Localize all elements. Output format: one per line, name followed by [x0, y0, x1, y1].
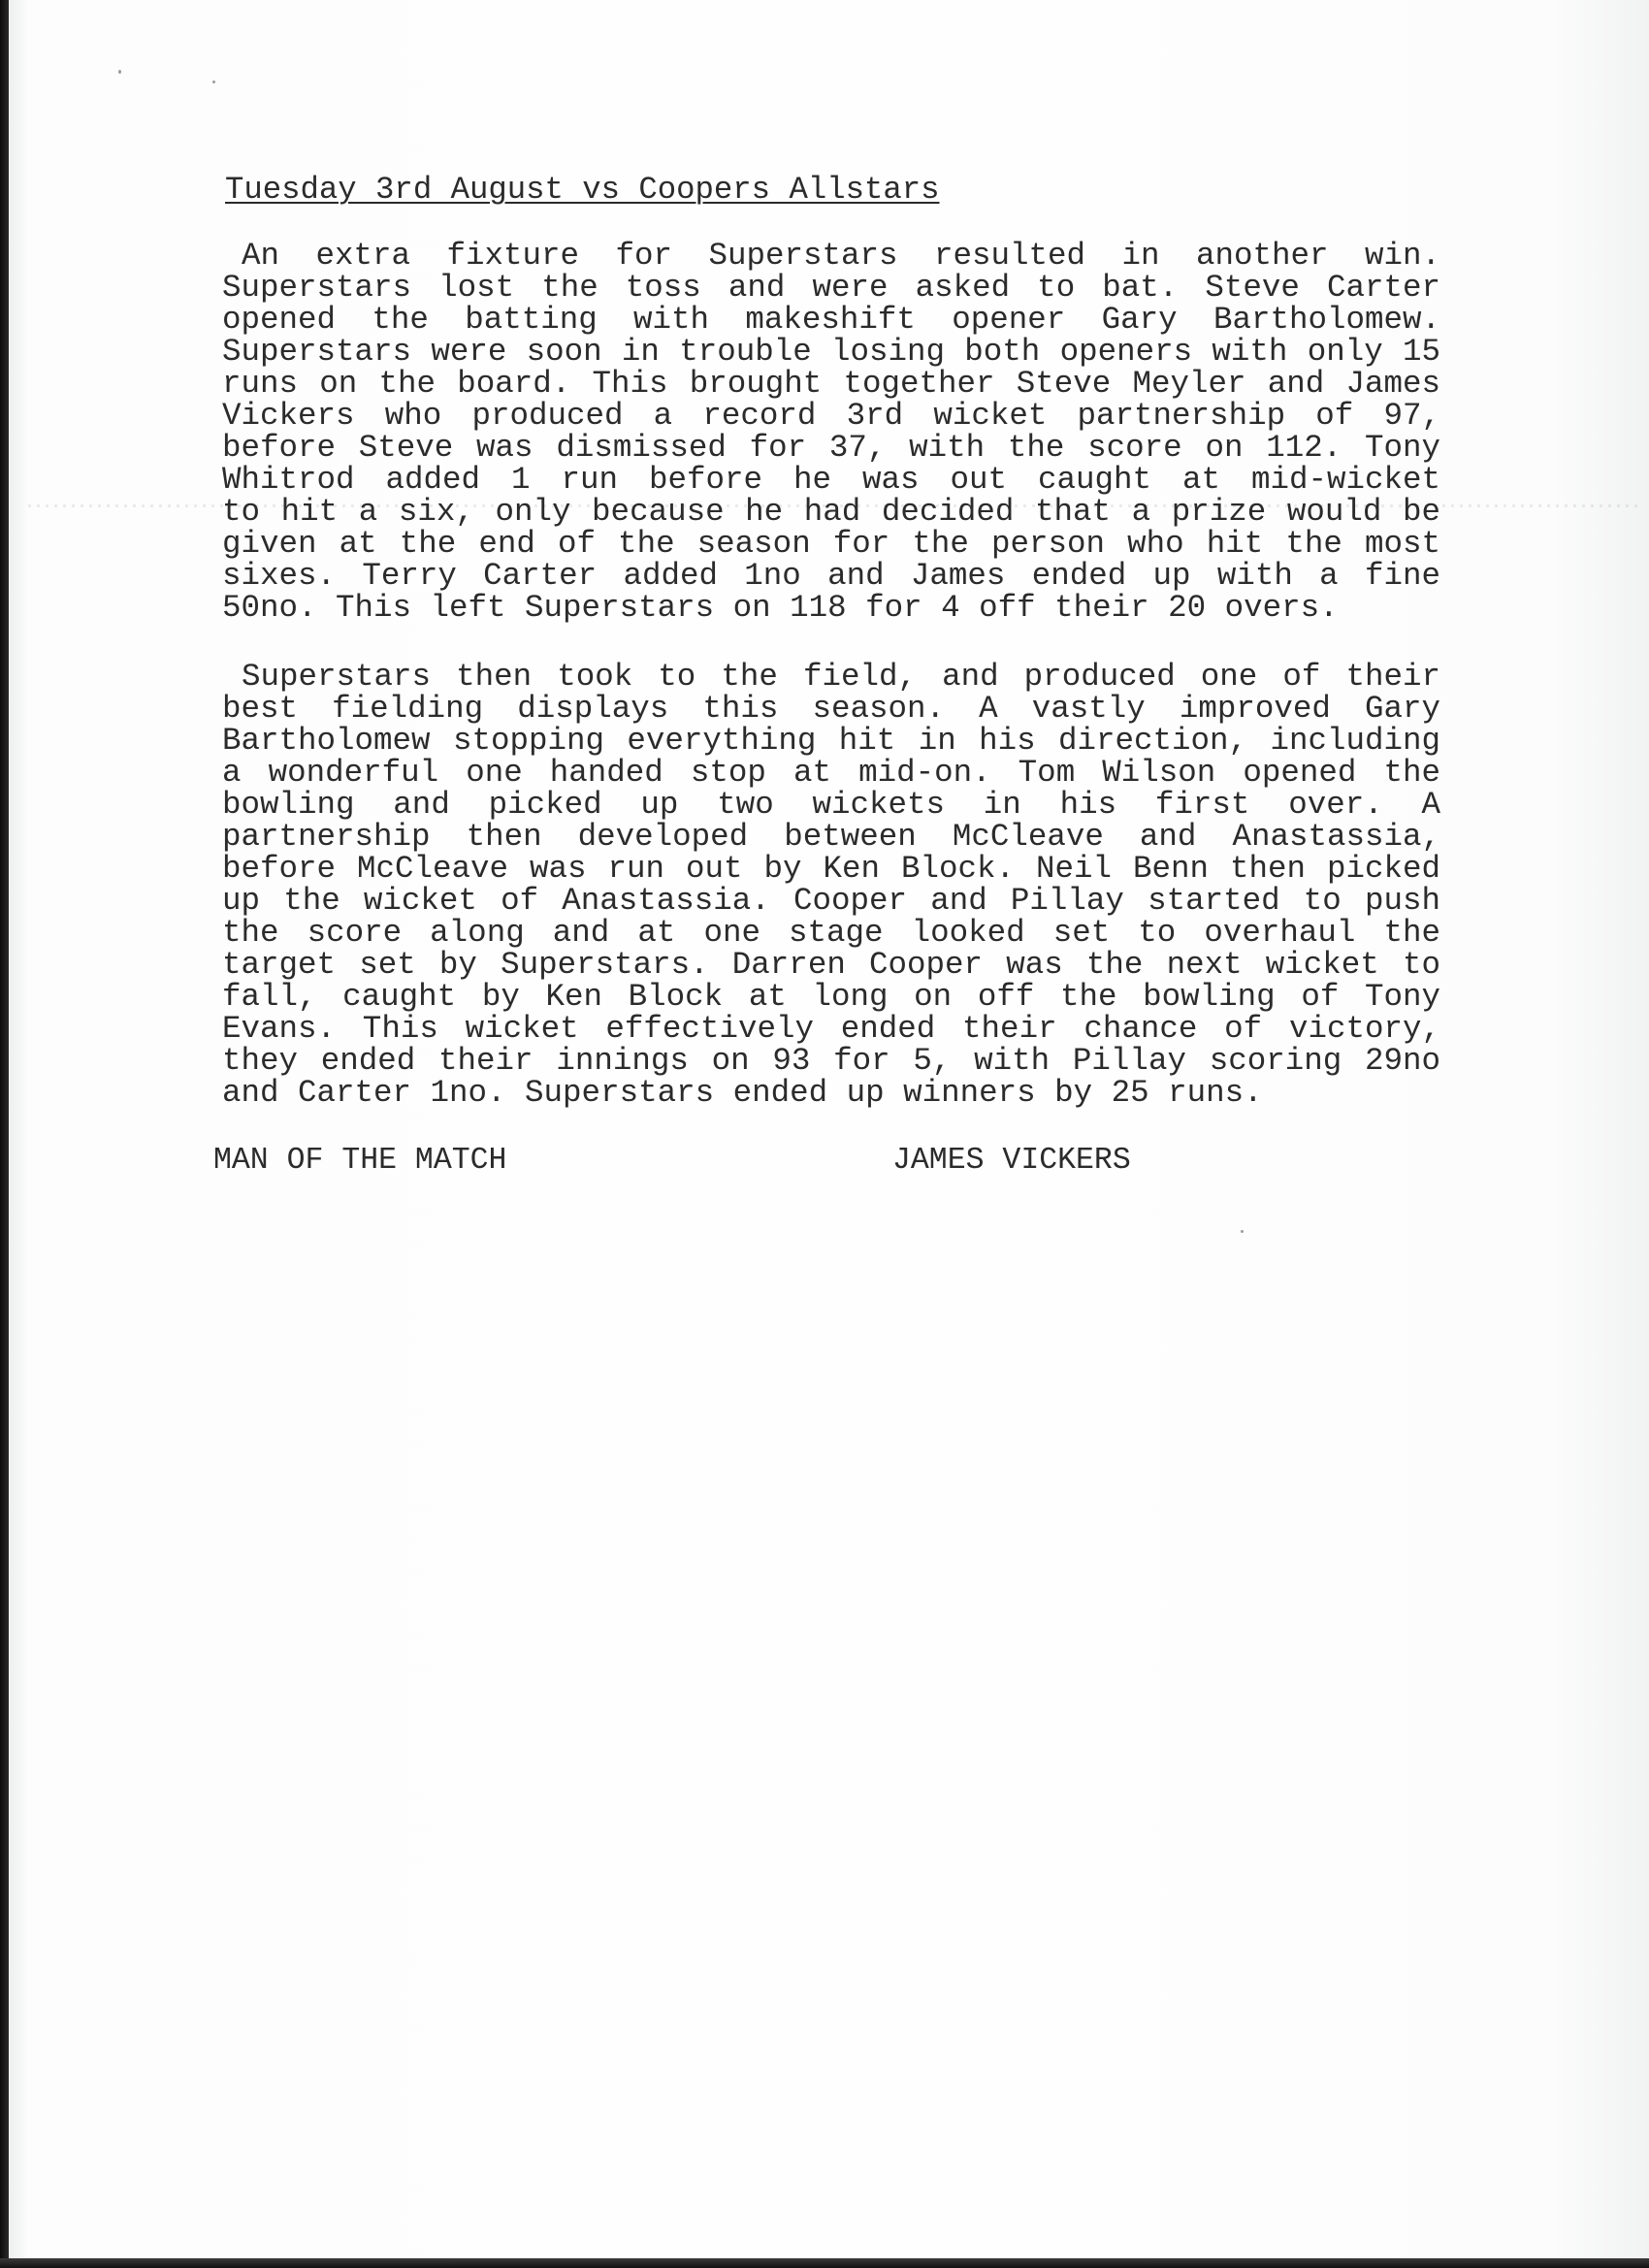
scan-edge-left — [0, 0, 9, 2268]
scan-edge-bottom — [0, 2258, 1649, 2268]
text-line: partnership then developed between McCle… — [222, 821, 1440, 853]
text-line: and Carter 1no. Superstars ended up winn… — [222, 1077, 1440, 1109]
scan-speck — [118, 70, 121, 74]
text-line: Bartholomew stopping everything hit in h… — [222, 725, 1440, 757]
text-line: before McCleave was run out by Ken Block… — [222, 853, 1440, 885]
scan-speck — [212, 81, 215, 83]
text-line: best fielding displays this season. A va… — [222, 693, 1440, 725]
text-line: Superstars lost the toss and were asked … — [222, 272, 1440, 304]
text-line: Superstars then took to the field, and p… — [222, 661, 1440, 693]
text-line: runs on the board. This brought together… — [222, 368, 1440, 400]
text-line: Superstars were soon in trouble losing b… — [222, 336, 1440, 368]
scan-speck — [1241, 1230, 1244, 1233]
text-line: the score along and at one stage looked … — [222, 917, 1440, 949]
text-line: before Steve was dismissed for 37, with … — [222, 432, 1440, 464]
text-line: Whitrod added 1 run before he was out ca… — [222, 464, 1440, 496]
text-line: a wonderful one handed stop at mid-on. T… — [222, 757, 1440, 789]
text-line: bowling and picked up two wickets in his… — [222, 789, 1440, 821]
text-line: target set by Superstars. Darren Cooper … — [222, 949, 1440, 981]
match-title: Tuesday 3rd August vs Coopers Allstars — [225, 174, 940, 206]
text-line: Vickers who produced a record 3rd wicket… — [222, 400, 1440, 432]
text-line: they ended their innings on 93 for 5, wi… — [222, 1045, 1440, 1077]
text-line: sixes. Terry Carter added 1no and James … — [222, 560, 1440, 592]
text-line: 50no. This left Superstars on 118 for 4 … — [222, 592, 1440, 624]
batting-report-paragraph: An extra fixture for Superstars resulted… — [222, 240, 1440, 624]
text-line: opened the batting with makeshift opener… — [222, 304, 1440, 336]
text-line: up the wicket of Anastassia. Cooper and … — [222, 885, 1440, 917]
man-of-the-match-label: MAN OF THE MATCH — [213, 1145, 506, 1177]
fielding-report-paragraph: Superstars then took to the field, and p… — [222, 661, 1440, 1109]
text-line: An extra fixture for Superstars resulted… — [222, 240, 1440, 272]
text-line: given at the end of the season for the p… — [222, 528, 1440, 560]
text-line: to hit a six, only because he had decide… — [222, 496, 1440, 528]
text-line: Evans. This wicket effectively ended the… — [222, 1013, 1440, 1045]
man-of-the-match-name: JAMES VICKERS — [892, 1145, 1131, 1177]
text-line: fall, caught by Ken Block at long on off… — [222, 981, 1440, 1013]
